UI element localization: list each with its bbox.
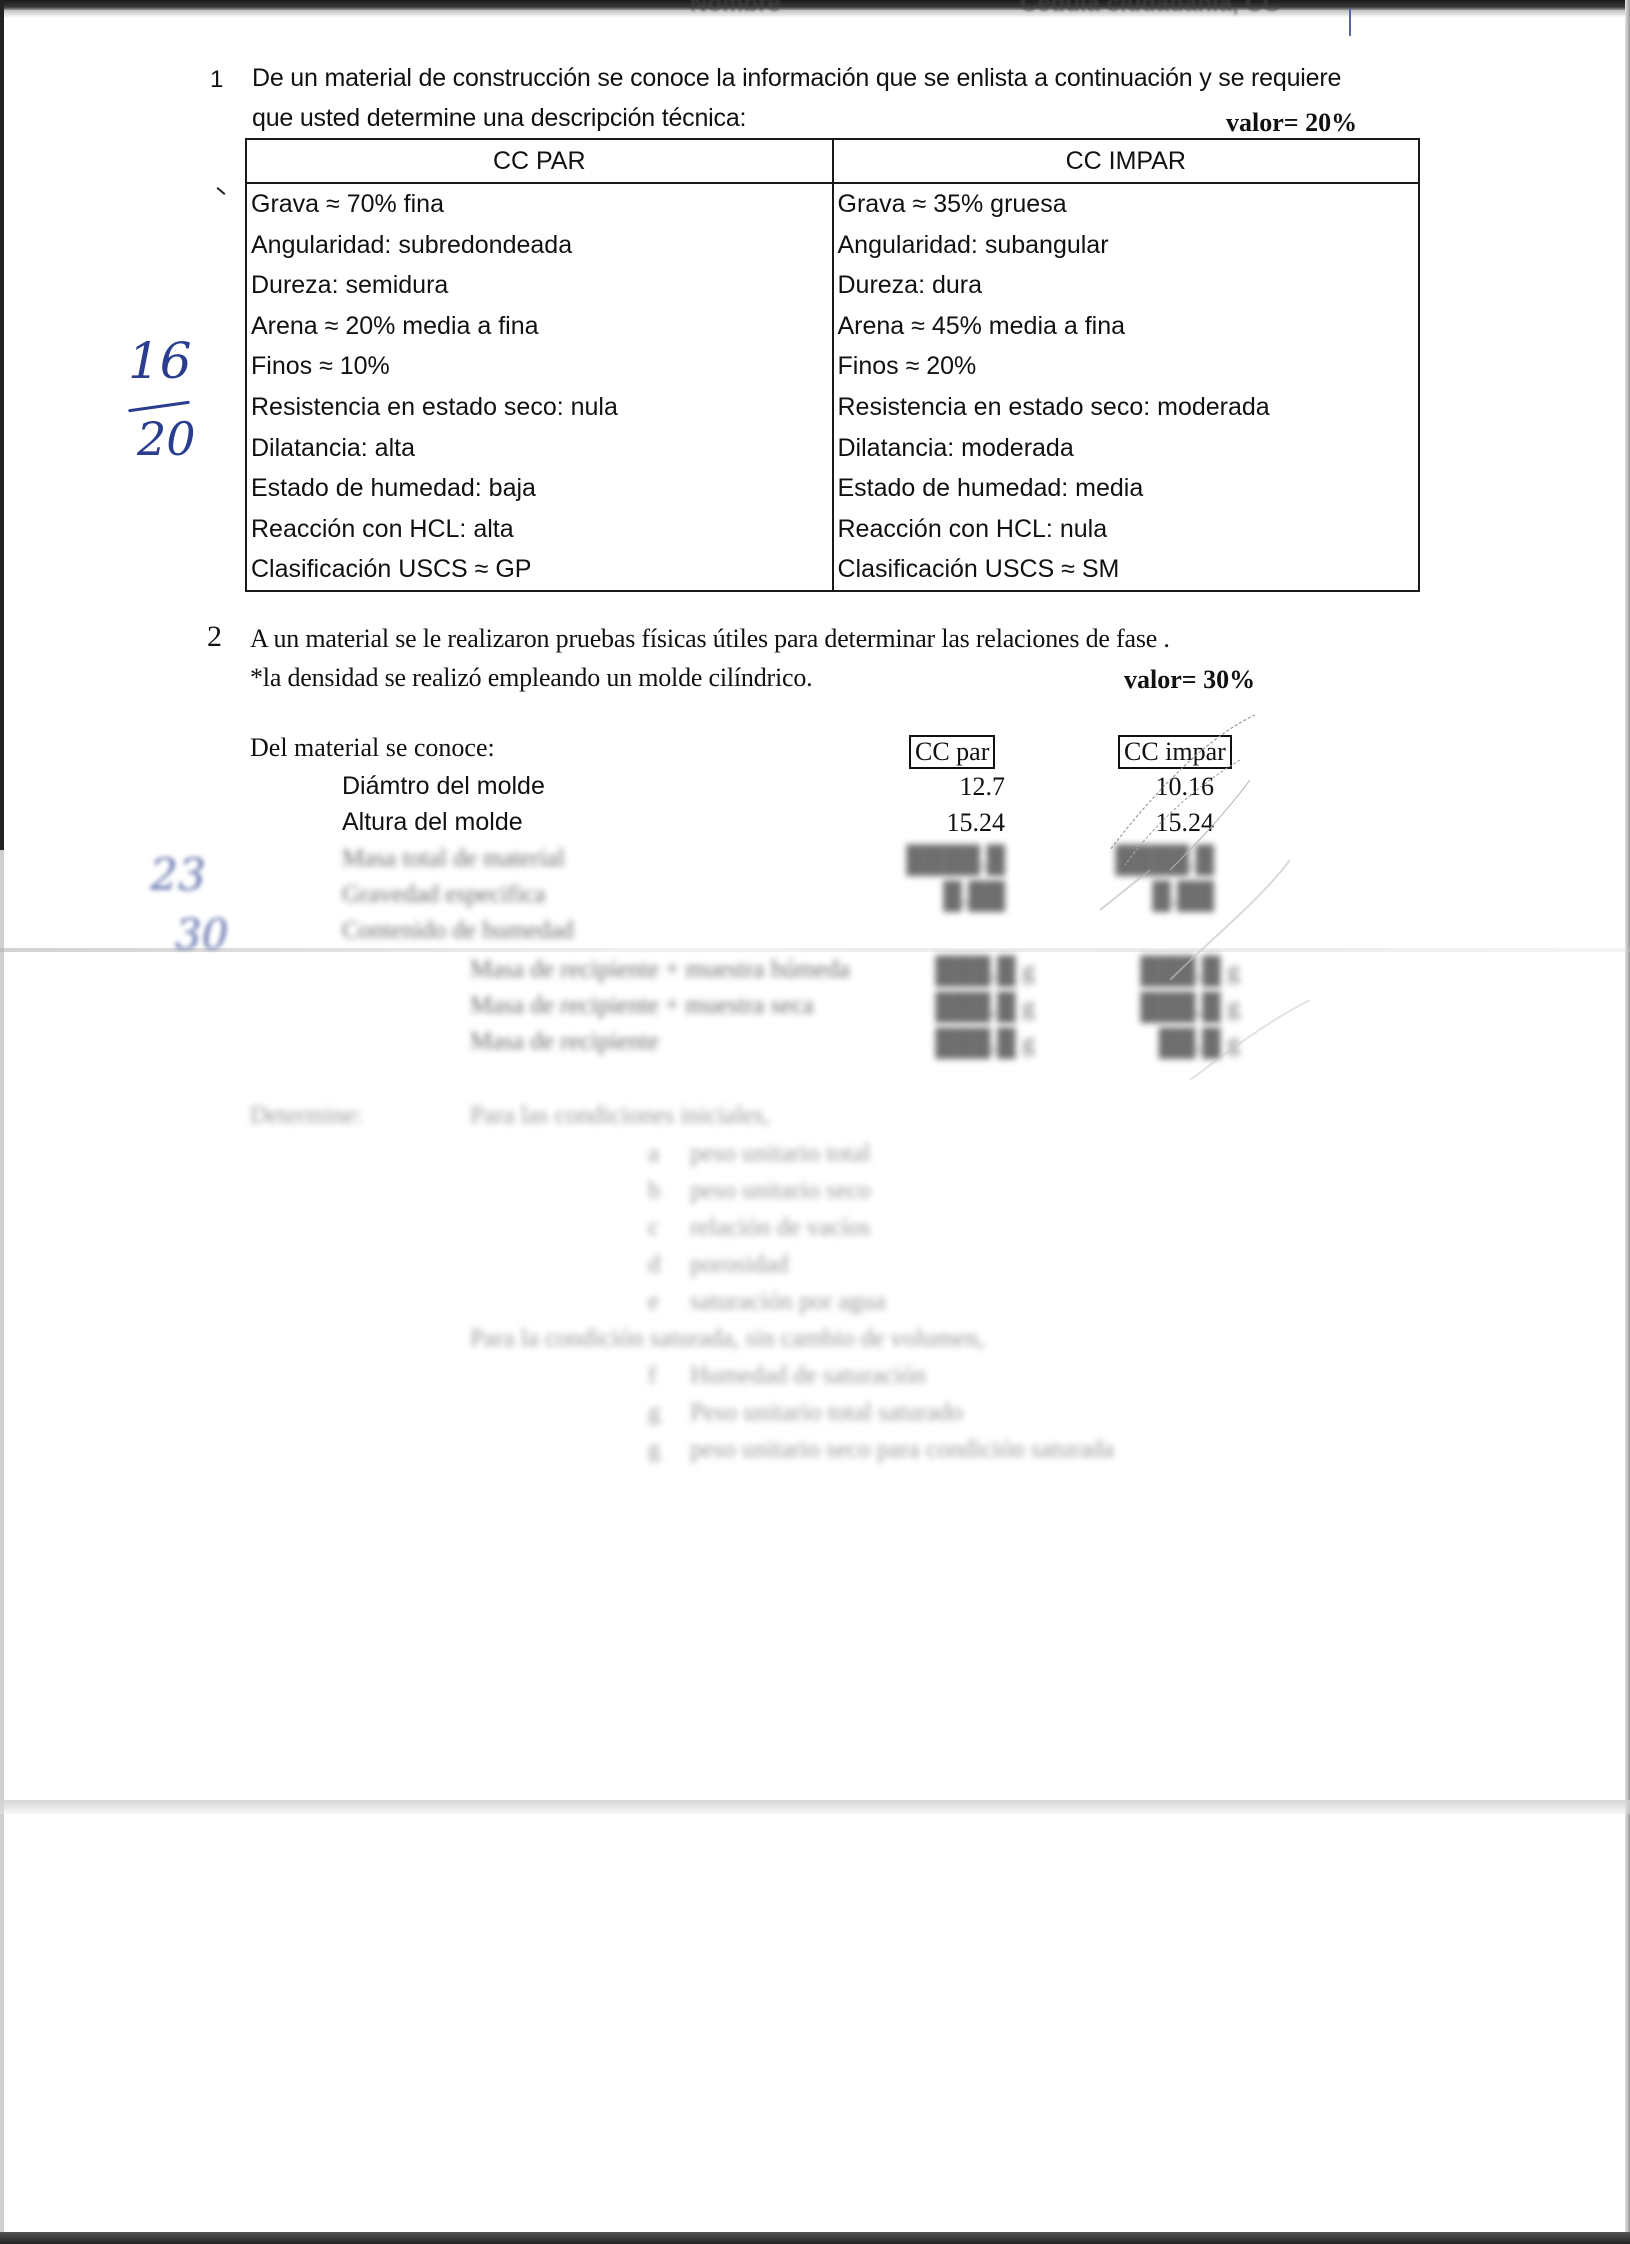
redacted-subrow-label: Masa de recipiente + muestra húmeda: [470, 956, 850, 984]
column-header-cc-impar: CC IMPAR: [833, 139, 1420, 183]
cc-par-property: Clasificación USCS ≈ GP: [251, 549, 828, 590]
determine-item-text: peso unitario total: [690, 1140, 871, 1168]
cc-impar-property: Clasificación USCS ≈ SM: [838, 549, 1415, 590]
determine-item-text: relación de vacíos: [690, 1214, 870, 1242]
column-header-cc-par: CC par: [909, 735, 995, 769]
cc-par-property: Finos ≈ 10%: [251, 346, 828, 387]
page-fold-line: [0, 1800, 1630, 1814]
known-data-label: Del material se conoce:: [250, 733, 495, 763]
determine-item-text: Peso unitario total saturado: [690, 1399, 963, 1427]
handwritten-fraction-bar: [128, 401, 190, 413]
determine-item-letter: g: [648, 1436, 661, 1464]
pen-mark: [1349, 8, 1351, 36]
question-text-line2: *la densidad se realizó empleando un mol…: [250, 663, 812, 693]
cc-par-property: Resistencia en estado seco: nula: [251, 387, 828, 428]
question-text-line1: De un material de construcción se conoce…: [252, 64, 1341, 93]
determine-item-letter: b: [648, 1177, 661, 1205]
determine-item-letter: a: [648, 1140, 659, 1168]
cc-par-property: Angularidad: subredondeada: [251, 225, 828, 266]
handwritten-score-earned: 16: [128, 332, 192, 390]
redacted-row-label: Contenido de humedad: [342, 917, 574, 945]
determine-item-text: saturación por agua: [690, 1288, 886, 1316]
cc-impar-property: Estado de humedad: media: [838, 468, 1415, 509]
determine-item-letter: e: [648, 1288, 659, 1316]
question-value: valor= 20%: [1226, 108, 1357, 138]
determine-item-text: peso unitario seco: [690, 1177, 871, 1205]
cc-impar-property: Dilatancia: moderada: [838, 428, 1415, 469]
cc-impar-property: Arena ≈ 45% media a fina: [838, 306, 1415, 347]
cc-par-property: Arena ≈ 20% media a fina: [251, 306, 828, 347]
question-text-line2: que usted determine una descripción técn…: [252, 104, 746, 133]
determine-item-letter: f: [648, 1362, 656, 1390]
cc-par-property: Grava ≈ 70% fina: [251, 184, 828, 225]
scan-right-edge: [1625, 0, 1630, 2244]
redacted-cc-par-value: ███.█ g: [935, 1028, 1035, 1058]
determine-item-text: peso unitario seco para condición satura…: [690, 1436, 1114, 1464]
scan-left-edge: [0, 0, 4, 850]
question-number: 2: [207, 620, 222, 654]
question-text-line1: A un material se le realizaron pruebas f…: [250, 624, 1170, 654]
determine-item-text: porosidad: [690, 1251, 789, 1279]
redacted-cc-par-value: █.██: [943, 881, 1005, 911]
handwritten-score-earned: 23: [150, 850, 206, 901]
redacted-subrow-label: Masa de recipiente + muestra seca: [470, 992, 814, 1020]
scan-top-shadow: [0, 10, 1630, 18]
pen-tick-mark: [217, 187, 226, 195]
cc-par-value: 12.7: [960, 772, 1006, 802]
redacted-cc-par-value: ███.█ g: [935, 956, 1035, 986]
known-row-label: Diámtro del molde: [342, 772, 545, 801]
cc-par-property: Estado de humedad: baja: [251, 468, 828, 509]
redacted-row-label: Masa total de material: [342, 845, 565, 873]
soil-description-table: CC PAR CC IMPAR Grava ≈ 70% finaAngulari…: [245, 138, 1420, 592]
scan-top-edge: [0, 0, 1630, 10]
determine-label: Determine:: [250, 1102, 362, 1130]
redacted-subrow-label: Masa de recipiente: [470, 1028, 659, 1056]
cc-par-column: Grava ≈ 70% finaAngularidad: subredondea…: [246, 183, 833, 591]
scan-bottom-edge: [0, 2232, 1630, 2244]
cc-par-property: Dureza: semidura: [251, 265, 828, 306]
determine-item-letter: g: [648, 1399, 661, 1427]
cc-impar-property: Dureza: dura: [838, 265, 1415, 306]
determine-item-letter: d: [648, 1251, 661, 1279]
pencil-strikethrough-marks: [1080, 700, 1340, 1120]
redacted-row-label: Gravedad especifica: [342, 881, 545, 909]
determine-group1-title: Para las condiciones iniciales,: [470, 1102, 770, 1130]
cc-par-property: Dilatancia: alta: [251, 428, 828, 469]
cc-impar-property: Finos ≈ 20%: [838, 346, 1415, 387]
handwritten-score-total: 30: [175, 910, 228, 959]
cc-impar-property: Reacción con HCL: nula: [838, 509, 1415, 550]
page-fold-line: [0, 948, 1630, 952]
determine-item-letter: c: [648, 1214, 659, 1242]
cc-impar-property: Resistencia en estado seco: moderada: [838, 387, 1415, 428]
cc-par-value: 15.24: [947, 808, 1006, 838]
column-header-cc-par: CC PAR: [246, 139, 833, 183]
redacted-cc-par-value: ███.█ g: [935, 992, 1035, 1022]
scan-left-edge-lower: [0, 850, 4, 2244]
question-value: valor= 30%: [1124, 665, 1255, 695]
cc-par-property: Reacción con HCL: alta: [251, 509, 828, 550]
determine-group2-title: Para la condición saturada, sin cambio d…: [470, 1325, 984, 1353]
redacted-cc-par-value: ████.█: [906, 845, 1005, 875]
determine-item-text: Humedad de saturación: [690, 1362, 926, 1390]
header-id-field-cut: Cédula ciudadanía, CC: [1020, 0, 1280, 18]
cc-impar-property: Grava ≈ 35% gruesa: [838, 184, 1415, 225]
known-row-label: Altura del molde: [342, 808, 523, 837]
cc-impar-property: Angularidad: subangular: [838, 225, 1415, 266]
handwritten-score-total: 20: [137, 412, 196, 466]
header-name-field-cut: Nombre: [690, 0, 781, 18]
question-number: 1: [210, 66, 223, 94]
cc-impar-column: Grava ≈ 35% gruesaAngularidad: subangula…: [833, 183, 1420, 591]
